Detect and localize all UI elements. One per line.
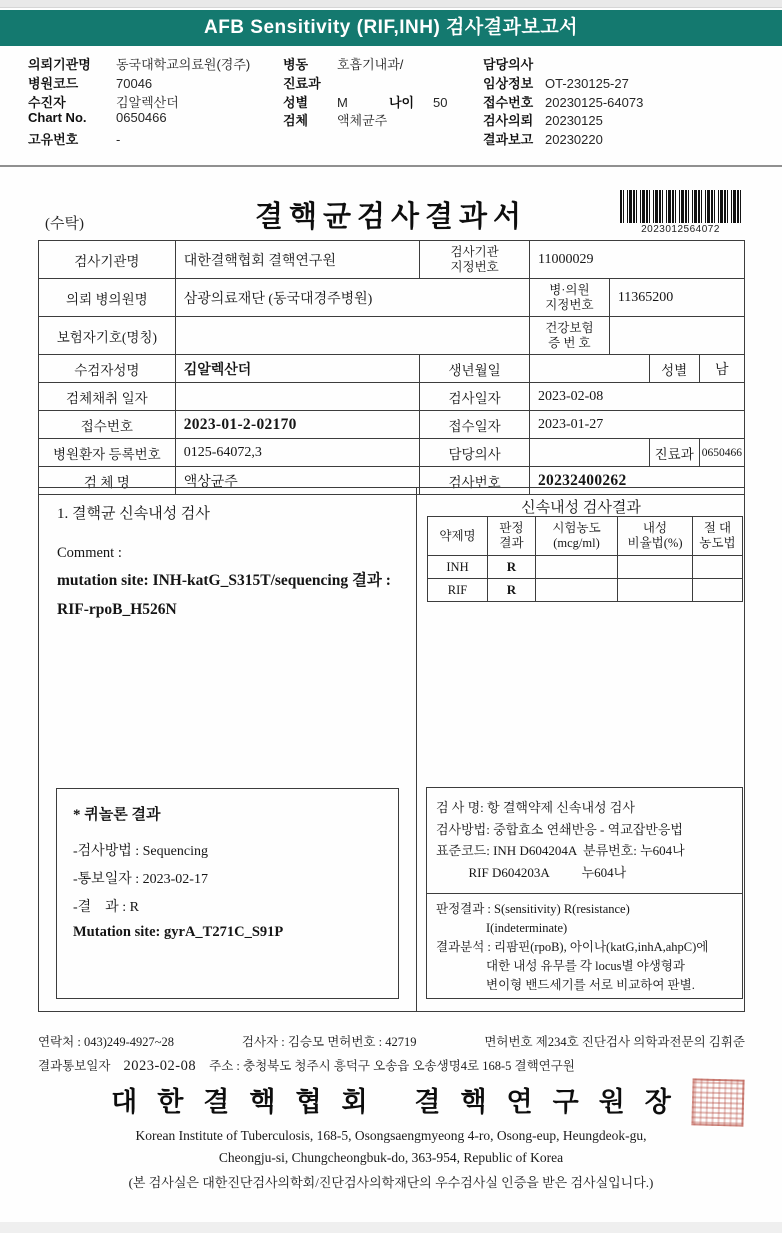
field-value: 11365200 <box>609 279 744 317</box>
results-divider <box>416 488 417 1011</box>
lab-report-page: AFB Sensitivity (RIF,INH) 검사결과보고서 의뢰기관명 … <box>0 0 782 1233</box>
quinolone-details: -검사방법 : Sequencing -통보일자 : 2023-02-17 -결… <box>73 838 382 922</box>
field-label: 고유번호 <box>28 129 116 148</box>
patient-info-panel: 의뢰기관명 동국대학교의료원(경주) 병원코드 70046 수진자 김알렉산더 … <box>0 54 782 164</box>
column-header: 시험농도 (mcg/ml) <box>536 517 618 556</box>
footer-line-2: 결과통보일자 2023-02-08 주소 : 충청북도 청주시 흥덕구 오송읍 … <box>38 1056 575 1075</box>
field-value: 호흡기내과/ <box>337 54 403 73</box>
field-value: 김알렉산더 <box>175 355 420 383</box>
field-value: 20230125-64073 <box>545 95 643 110</box>
field-label: 나이 <box>389 92 433 111</box>
judgement-text: 판정결과 : S(sensitivity) R(resistance) I(in… <box>436 900 733 995</box>
field-label: 생년월일 <box>420 355 530 383</box>
field-label: 의뢰 병의원명 <box>39 279 176 317</box>
drug-name: INH <box>428 556 488 579</box>
table-row: 보험자기호(명칭) 건강보험 증 번 호 <box>39 317 745 355</box>
field-value: 동국대학교의료원(경주) <box>116 54 250 73</box>
field-value: 0650466 <box>699 439 744 467</box>
field-value: 0125-64072,3 <box>175 439 420 467</box>
info-row: 접수번호 20230125-64073 <box>483 92 779 111</box>
column-header: 판정 결과 <box>488 517 536 556</box>
report-banner: AFB Sensitivity (RIF,INH) 검사결과보고서 <box>0 10 782 46</box>
info-row: 검사의뢰 20230125 <box>483 110 779 129</box>
section-divider <box>0 165 782 167</box>
info-row: 의뢰기관명 동국대학교의료원(경주) <box>28 54 280 73</box>
organization-title: 대한결핵협회 결핵연구원장 <box>0 1080 782 1119</box>
license-info: 면허번호 제234호 진단검사 의학과전문의 김휘준 <box>484 1032 745 1050</box>
barcode-icon <box>620 190 741 223</box>
field-value: 액체균주 <box>337 110 387 129</box>
info-row: 임상정보 OT-230125-27 <box>483 73 779 92</box>
field-label: 병·의원 지정번호 <box>529 279 609 317</box>
field-value <box>175 383 420 411</box>
field-value <box>529 439 649 467</box>
drug-result: R <box>488 556 536 579</box>
barcode-block: 2023012564072 <box>620 190 741 235</box>
field-value: 대한결핵협회 결핵연구원 <box>175 241 420 279</box>
field-value: M <box>337 95 389 110</box>
rapid-test-table: 약제명 판정 결과 시험농도 (mcg/ml) 내성 비율법(%) 절 대 농도… <box>427 516 743 602</box>
field-value: - <box>116 132 120 147</box>
bottom-strip <box>0 1222 782 1233</box>
info-row: 진료과 <box>283 73 481 92</box>
info-row: Chart No. 0650466 <box>28 110 280 129</box>
field-value: 70046 <box>116 76 152 91</box>
accreditation-note: (본 검사실은 대한진단검사의학회/진단검사의학재단의 우수검사실 인증을 받은… <box>0 1172 782 1191</box>
field-value: 50 <box>433 95 447 110</box>
report-banner-title: AFB Sensitivity (RIF,INH) 검사결과보고서 <box>204 17 578 38</box>
table-row: 수검자성명 김알렉산더 생년월일 성별 남 <box>39 355 745 383</box>
field-value <box>529 355 649 383</box>
field-value: 남 <box>699 355 744 383</box>
field-label: 성별 <box>649 355 699 383</box>
drug-abs <box>693 579 743 602</box>
field-value: 2023-02-08 <box>529 383 744 411</box>
field-label: Chart No. <box>28 110 116 125</box>
field-value: 11000029 <box>529 241 744 279</box>
field-label: 검사일자 <box>420 383 530 411</box>
field-value <box>175 317 529 355</box>
field-value: 2023-01-2-02170 <box>175 411 420 439</box>
field-label: 담당의사 <box>420 439 530 467</box>
table-row: RIF R <box>428 579 743 602</box>
field-label: 결과보고 <box>483 129 545 148</box>
field-value: 0650466 <box>116 110 167 125</box>
field-label: 진료과 <box>649 439 699 467</box>
field-label: 진료과 <box>283 73 337 92</box>
comment-label: Comment : <box>57 545 122 562</box>
info-row: 병원코드 70046 <box>28 73 280 92</box>
report-date-label: 결과통보일자 <box>38 1056 110 1074</box>
official-seal-stamp-icon <box>691 1078 744 1126</box>
field-value: 2023-01-27 <box>529 411 744 439</box>
field-label: 검체채취 일자 <box>39 383 176 411</box>
table-row: 의뢰 병의원명 삼광의료재단 (동국대경주병원) 병·의원 지정번호 11365… <box>39 279 745 317</box>
english-address-line-1: Korean Institute of Tuberculosis, 168-5,… <box>0 1128 782 1144</box>
quinolone-result-box: * 퀴놀론 결과 -검사방법 : Sequencing -통보일자 : 2023… <box>56 788 399 999</box>
field-label: 병원환자 등록번호 <box>39 439 176 467</box>
field-label: 검체 <box>283 110 337 129</box>
field-label: 검사기관명 <box>39 241 176 279</box>
field-label: 수진자 <box>28 92 116 111</box>
info-column-middle: 병동 호흡기내과/ 진료과 성별 M 나이 50 검체 액체균주 <box>283 54 481 129</box>
table-header-row: 약제명 판정 결과 시험농도 (mcg/ml) 내성 비율법(%) 절 대 농도… <box>428 517 743 556</box>
info-column-right: 담당의사 임상정보 OT-230125-27 접수번호 20230125-640… <box>483 54 779 148</box>
top-strip <box>0 0 782 8</box>
table-row: 접수번호 2023-01-2-02170 접수일자 2023-01-27 <box>39 411 745 439</box>
field-label: 접수번호 <box>483 92 545 111</box>
field-label: 병원코드 <box>28 73 116 92</box>
info-row: 병동 호흡기내과/ <box>283 54 481 73</box>
info-row: 수진자 김알렉산더 <box>28 92 280 111</box>
rapid-test-title: 신속내성 검사결과 <box>416 496 746 517</box>
test-method-box: 검 사 명: 항 결핵약제 신속내성 검사 검사방법: 중합효소 연쇄반응 - … <box>426 787 743 894</box>
table-row: 검사기관명 대한결핵협회 결핵연구원 검사기관 지정번호 11000029 <box>39 241 745 279</box>
table-row: 검체채취 일자 검사일자 2023-02-08 <box>39 383 745 411</box>
english-address-line-2: Cheongju-si, Chungcheongbuk-do, 363-954,… <box>0 1150 782 1166</box>
address-info: 주소 : 충청북도 청주시 흥덕구 오송읍 오송생명4로 168-5 결핵연구원 <box>209 1056 575 1074</box>
info-row: 고유번호 - <box>28 129 280 148</box>
table-row: INH R <box>428 556 743 579</box>
test-method-text: 검 사 명: 항 결핵약제 신속내성 검사 검사방법: 중합효소 연쇄반응 - … <box>436 797 733 883</box>
table-row: 병원환자 등록번호 0125-64072,3 담당의사 진료과 0650466 <box>39 439 745 467</box>
info-row: 담당의사 <box>483 54 779 73</box>
document-info-table: 검사기관명 대한결핵협회 결핵연구원 검사기관 지정번호 11000029 의뢰… <box>38 240 745 495</box>
field-value: 20230125 <box>545 113 603 128</box>
field-label: 담당의사 <box>483 54 545 73</box>
info-row: 검체 액체균주 <box>283 110 481 129</box>
drug-ratio <box>618 556 693 579</box>
field-value <box>609 317 744 355</box>
drug-conc <box>536 556 618 579</box>
field-label: 건강보험 증 번 호 <box>529 317 609 355</box>
field-value: 김알렉산더 <box>116 92 179 111</box>
drug-name: RIF <box>428 579 488 602</box>
contact-info: 연락처 : 043)249-4927~28 <box>38 1032 174 1050</box>
drug-ratio <box>618 579 693 602</box>
column-header: 약제명 <box>428 517 488 556</box>
field-label: 의뢰기관명 <box>28 54 116 73</box>
mutation-comment: mutation site: INH-katG_S315T/sequencing… <box>57 567 409 624</box>
quinolone-mutation: Mutation site: gyrA_T271C_S91P <box>73 924 382 941</box>
field-value: OT-230125-27 <box>545 76 629 91</box>
field-label: 접수번호 <box>39 411 176 439</box>
examiner-info: 검사자 : 김승모 면허번호 : 42719 <box>242 1032 417 1050</box>
field-value: 삼광의료재단 (동국대경주병원) <box>175 279 529 317</box>
drug-abs <box>693 556 743 579</box>
field-label: 수검자성명 <box>39 355 176 383</box>
field-label: 임상정보 <box>483 73 545 92</box>
field-value: 20230220 <box>545 132 603 147</box>
info-row: 성별 M 나이 50 <box>283 92 481 111</box>
barcode-number: 2023012564072 <box>620 224 741 235</box>
column-header: 내성 비율법(%) <box>618 517 693 556</box>
info-column-left: 의뢰기관명 동국대학교의료원(경주) 병원코드 70046 수진자 김알렉산더 … <box>28 54 280 148</box>
quinolone-title: * 퀴놀론 결과 <box>73 803 382 824</box>
judgement-box: 판정결과 : S(sensitivity) R(resistance) I(in… <box>426 893 743 999</box>
drug-conc <box>536 579 618 602</box>
field-label: 검사기관 지정번호 <box>420 241 530 279</box>
report-date: 2023-02-08 <box>123 1058 196 1075</box>
field-label: 검사의뢰 <box>483 110 545 129</box>
results-section-title: 1. 결핵균 신속내성 검사 <box>57 502 210 523</box>
field-label: 성별 <box>283 92 337 111</box>
field-label: 보험자기호(명칭) <box>39 317 176 355</box>
column-header: 절 대 농도법 <box>693 517 743 556</box>
footer-line-1: 연락처 : 043)249-4927~28 검사자 : 김승모 면허번호 : 4… <box>38 1032 745 1050</box>
info-row: 결과보고 20230220 <box>483 129 779 148</box>
field-label: 접수일자 <box>420 411 530 439</box>
drug-result: R <box>488 579 536 602</box>
field-label: 병동 <box>283 54 337 73</box>
results-section: 1. 결핵균 신속내성 검사 Comment : mutation site: … <box>38 487 745 1012</box>
